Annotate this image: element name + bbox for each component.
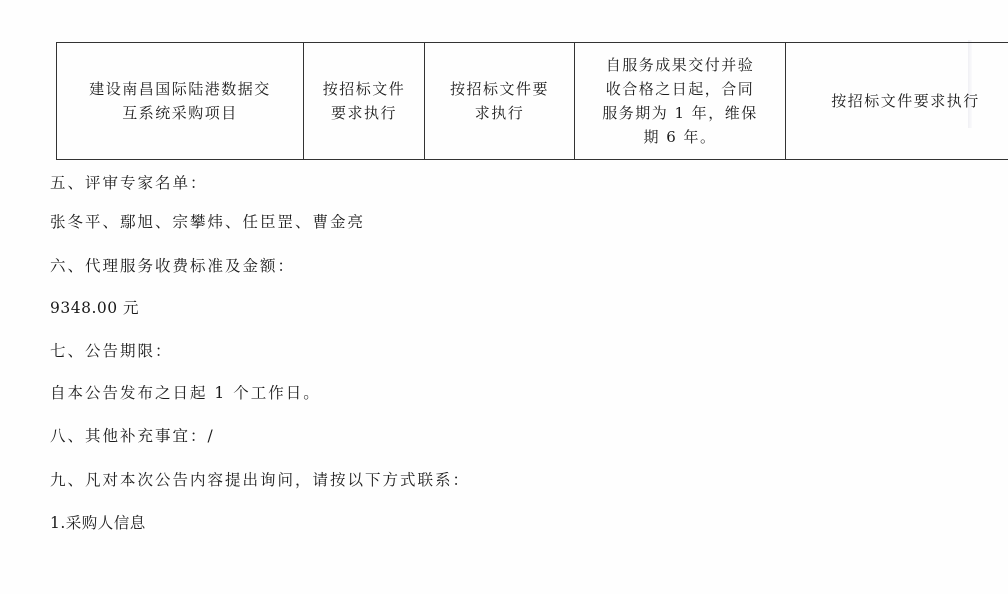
cell-text-line: 建设南昌国际陆港数据交 [63, 77, 297, 101]
cell-text-line: 收合格之日起，合同 [581, 77, 779, 101]
cell-text-line: 要求执行 [310, 101, 418, 125]
cell-text-line: 求执行 [431, 101, 568, 125]
project-name-cell: 建设南昌国际陆港数据交 互系统采购项目 [57, 43, 304, 160]
cell-text-line: 自服务成果交付并验 [581, 53, 779, 77]
cell-text-line: 按招标文件要求执行 [792, 89, 1008, 113]
requirement-cell-1: 按招标文件 要求执行 [304, 43, 425, 160]
contact-heading: 九、凡对本次公告内容提出询问，请按以下方式联系： [50, 470, 470, 490]
announcement-period-heading: 七、公告期限： [50, 341, 173, 361]
cell-text-line: 按招标文件 [310, 77, 418, 101]
requirement-cell-2: 按招标文件要 求执行 [425, 43, 575, 160]
experts-list: 张冬平、鄢旭、宗攀炜、任臣罡、曹金亮 [50, 212, 365, 232]
fee-amount: 9348.00 元 [50, 298, 139, 318]
cell-text-line: 服务期为 1 年，维保 [581, 101, 779, 125]
cell-text-line: 互系统采购项目 [63, 101, 297, 125]
cell-text-line: 期 6 年。 [581, 125, 779, 149]
table-row: 建设南昌国际陆港数据交 互系统采购项目 按招标文件 要求执行 按招标文件要 求执… [57, 43, 1008, 160]
service-period-cell: 自服务成果交付并验 收合格之日起，合同 服务期为 1 年，维保 期 6 年。 [575, 43, 786, 160]
buyer-info-heading: 1.采购人信息 [50, 513, 146, 533]
other-matters-heading: 八、其他补充事宜：/ [50, 426, 215, 446]
experts-heading: 五、评审专家名单： [50, 173, 208, 193]
fee-heading: 六、代理服务收费标准及金额： [50, 256, 295, 276]
document-page: 建设南昌国际陆港数据交 互系统采购项目 按招标文件 要求执行 按招标文件要 求执… [0, 0, 1008, 594]
cell-text-line: 按招标文件要 [431, 77, 568, 101]
announcement-period-text: 自本公告发布之日起 1 个工作日。 [50, 383, 321, 403]
award-info-table: 建设南昌国际陆港数据交 互系统采购项目 按招标文件 要求执行 按招标文件要 求执… [56, 42, 1008, 160]
requirement-cell-3: 按招标文件要求执行 [786, 43, 1008, 160]
